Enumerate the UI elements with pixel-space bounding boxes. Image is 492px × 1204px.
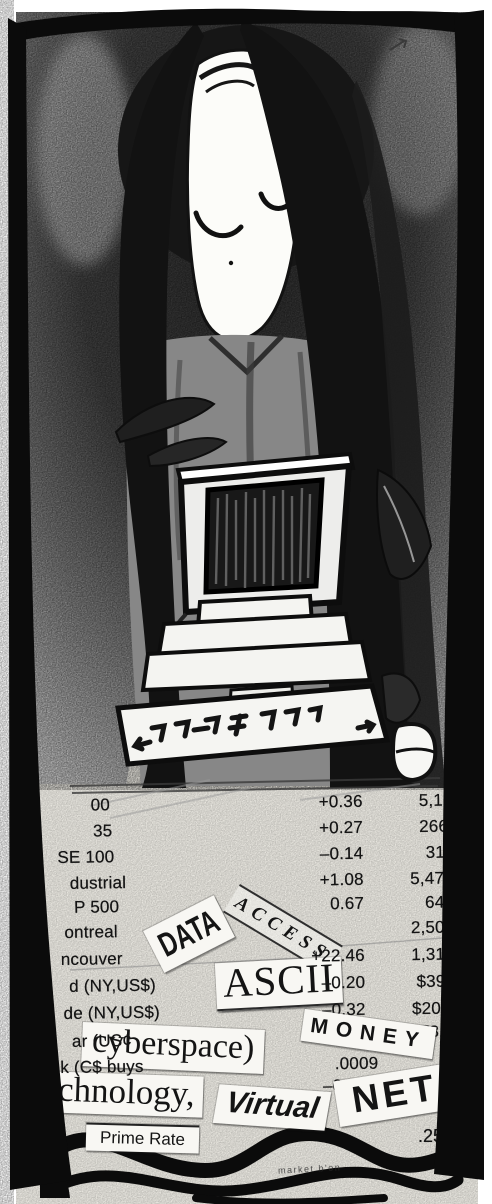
collage-layer-over: MONEY Virtual NET <box>0 0 492 1204</box>
collage-word-net: NET <box>333 1063 457 1127</box>
collage-word-virtual: Virtual <box>213 1084 332 1130</box>
collage-word-money: MONEY <box>300 1009 436 1059</box>
editorial-illustration-woman-with-computer: DATA ACCESS ASCII cyberspace) chnology, … <box>0 0 492 1204</box>
